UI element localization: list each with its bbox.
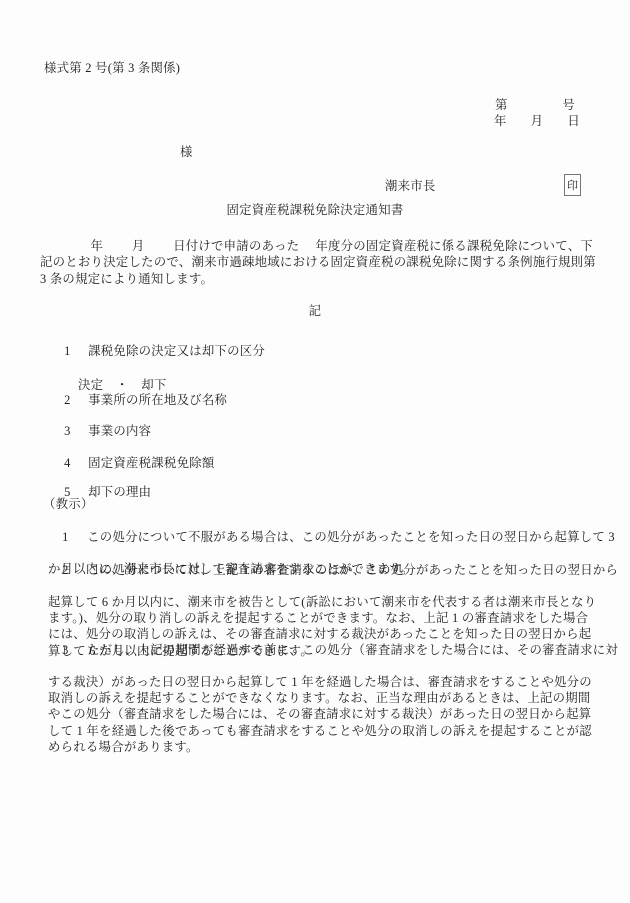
item-label: 事業の内容: [88, 424, 151, 438]
note-number: 2: [62, 562, 87, 578]
note-line: 2この処分については、上記 1 の審査請求のほか、この処分があったことを知った日…: [42, 546, 618, 594]
teaching-note-3: 3ただし、上記の期間が経過する前に、この処分（審査請求をした場合には、その審査請…: [42, 626, 618, 755]
note-text: この処分については、上記 1 の審査請求のほか、この処分があったことを知った日の…: [87, 563, 618, 577]
item-label: 却下の理由: [88, 485, 151, 499]
note-line: 起算して 6 か月以内に、潮来市を被告として(訴訟において潮来市を代表する者は潮…: [42, 594, 618, 610]
note-text: この処分について不服がある場合は、この処分があったことを知った日の翌日から起算し…: [87, 530, 615, 544]
item-number: 1: [64, 343, 88, 360]
seal-stamp-box: 印: [564, 174, 581, 196]
body-paragraph: 年 月 日付けで申請のあった 年度分の固定資産税に係る課税免除について、下 記の…: [40, 238, 606, 287]
note-line: 取消しの訴えを提起することができなくなります。なお、正当な理由があるときは、上記…: [42, 690, 618, 706]
addressee-honorific: 様: [180, 144, 193, 160]
date-day-label: 日: [567, 113, 580, 129]
body-line: 3 条の規定により通知します。: [40, 271, 606, 287]
note-line: する裁決）があった日の翌日から起算して 1 年を経過した場合は、審査請求をするこ…: [42, 674, 618, 690]
body-line: 記のとおり決定したので、潮来市過疎地域における固定資産税の課税免除に関する条例施…: [40, 254, 606, 270]
doc-number-suffix: 号: [562, 97, 575, 113]
note-line: やこの処分（審査請求をした場合には、その審査請求に対する裁決）があった日の翌日か…: [42, 706, 618, 722]
seal-stamp-label: 印: [567, 177, 578, 193]
form-number: 様式第 2 号(第 3 条関係): [44, 60, 180, 76]
ki-marker: 記: [0, 303, 630, 319]
item-label: 課税免除の決定又は却下の区分: [88, 344, 265, 358]
note-line: 3ただし、上記の期間が経過する前に、この処分（審査請求をした場合には、その審査請…: [42, 626, 618, 674]
note-number: 3: [62, 642, 87, 658]
teaching-heading: （教示）: [43, 496, 94, 512]
note-number: 1: [62, 529, 87, 545]
note-line: められる場合があります。: [42, 739, 618, 755]
date-line: 年 月 日: [494, 113, 580, 129]
document-title: 固定資産税課税免除決定通知書: [0, 202, 630, 218]
note-line: ます。)、処分の取り消しの訴えを提起することができます。なお、上記 1 の審査請…: [42, 610, 618, 626]
list-item-line: 1課税免除の決定又は却下の区分: [44, 326, 265, 377]
date-month-label: 月: [531, 113, 544, 129]
note-text: ただし、上記の期間が経過する前に、この処分（審査請求をした場合には、その審査請求…: [87, 643, 618, 657]
document-page: 様式第 2 号(第 3 条関係) 第 号 年 月 日 様 潮来市長 印 固定資産…: [0, 0, 630, 903]
document-number-line: 第 号: [495, 97, 575, 113]
item-label: 事業所の所在地及び名称: [88, 393, 227, 407]
note-line: して 1 年を経過した後であっても審査請求をすることや処分の取消しの訴えを提起す…: [42, 723, 618, 739]
sender-name: 潮来市長: [385, 178, 436, 194]
doc-number-prefix: 第: [495, 97, 508, 113]
body-line: 年 月 日付けで申請のあった 年度分の固定資産税に係る課税免除について、下: [40, 238, 606, 254]
date-year-label: 年: [494, 113, 507, 129]
